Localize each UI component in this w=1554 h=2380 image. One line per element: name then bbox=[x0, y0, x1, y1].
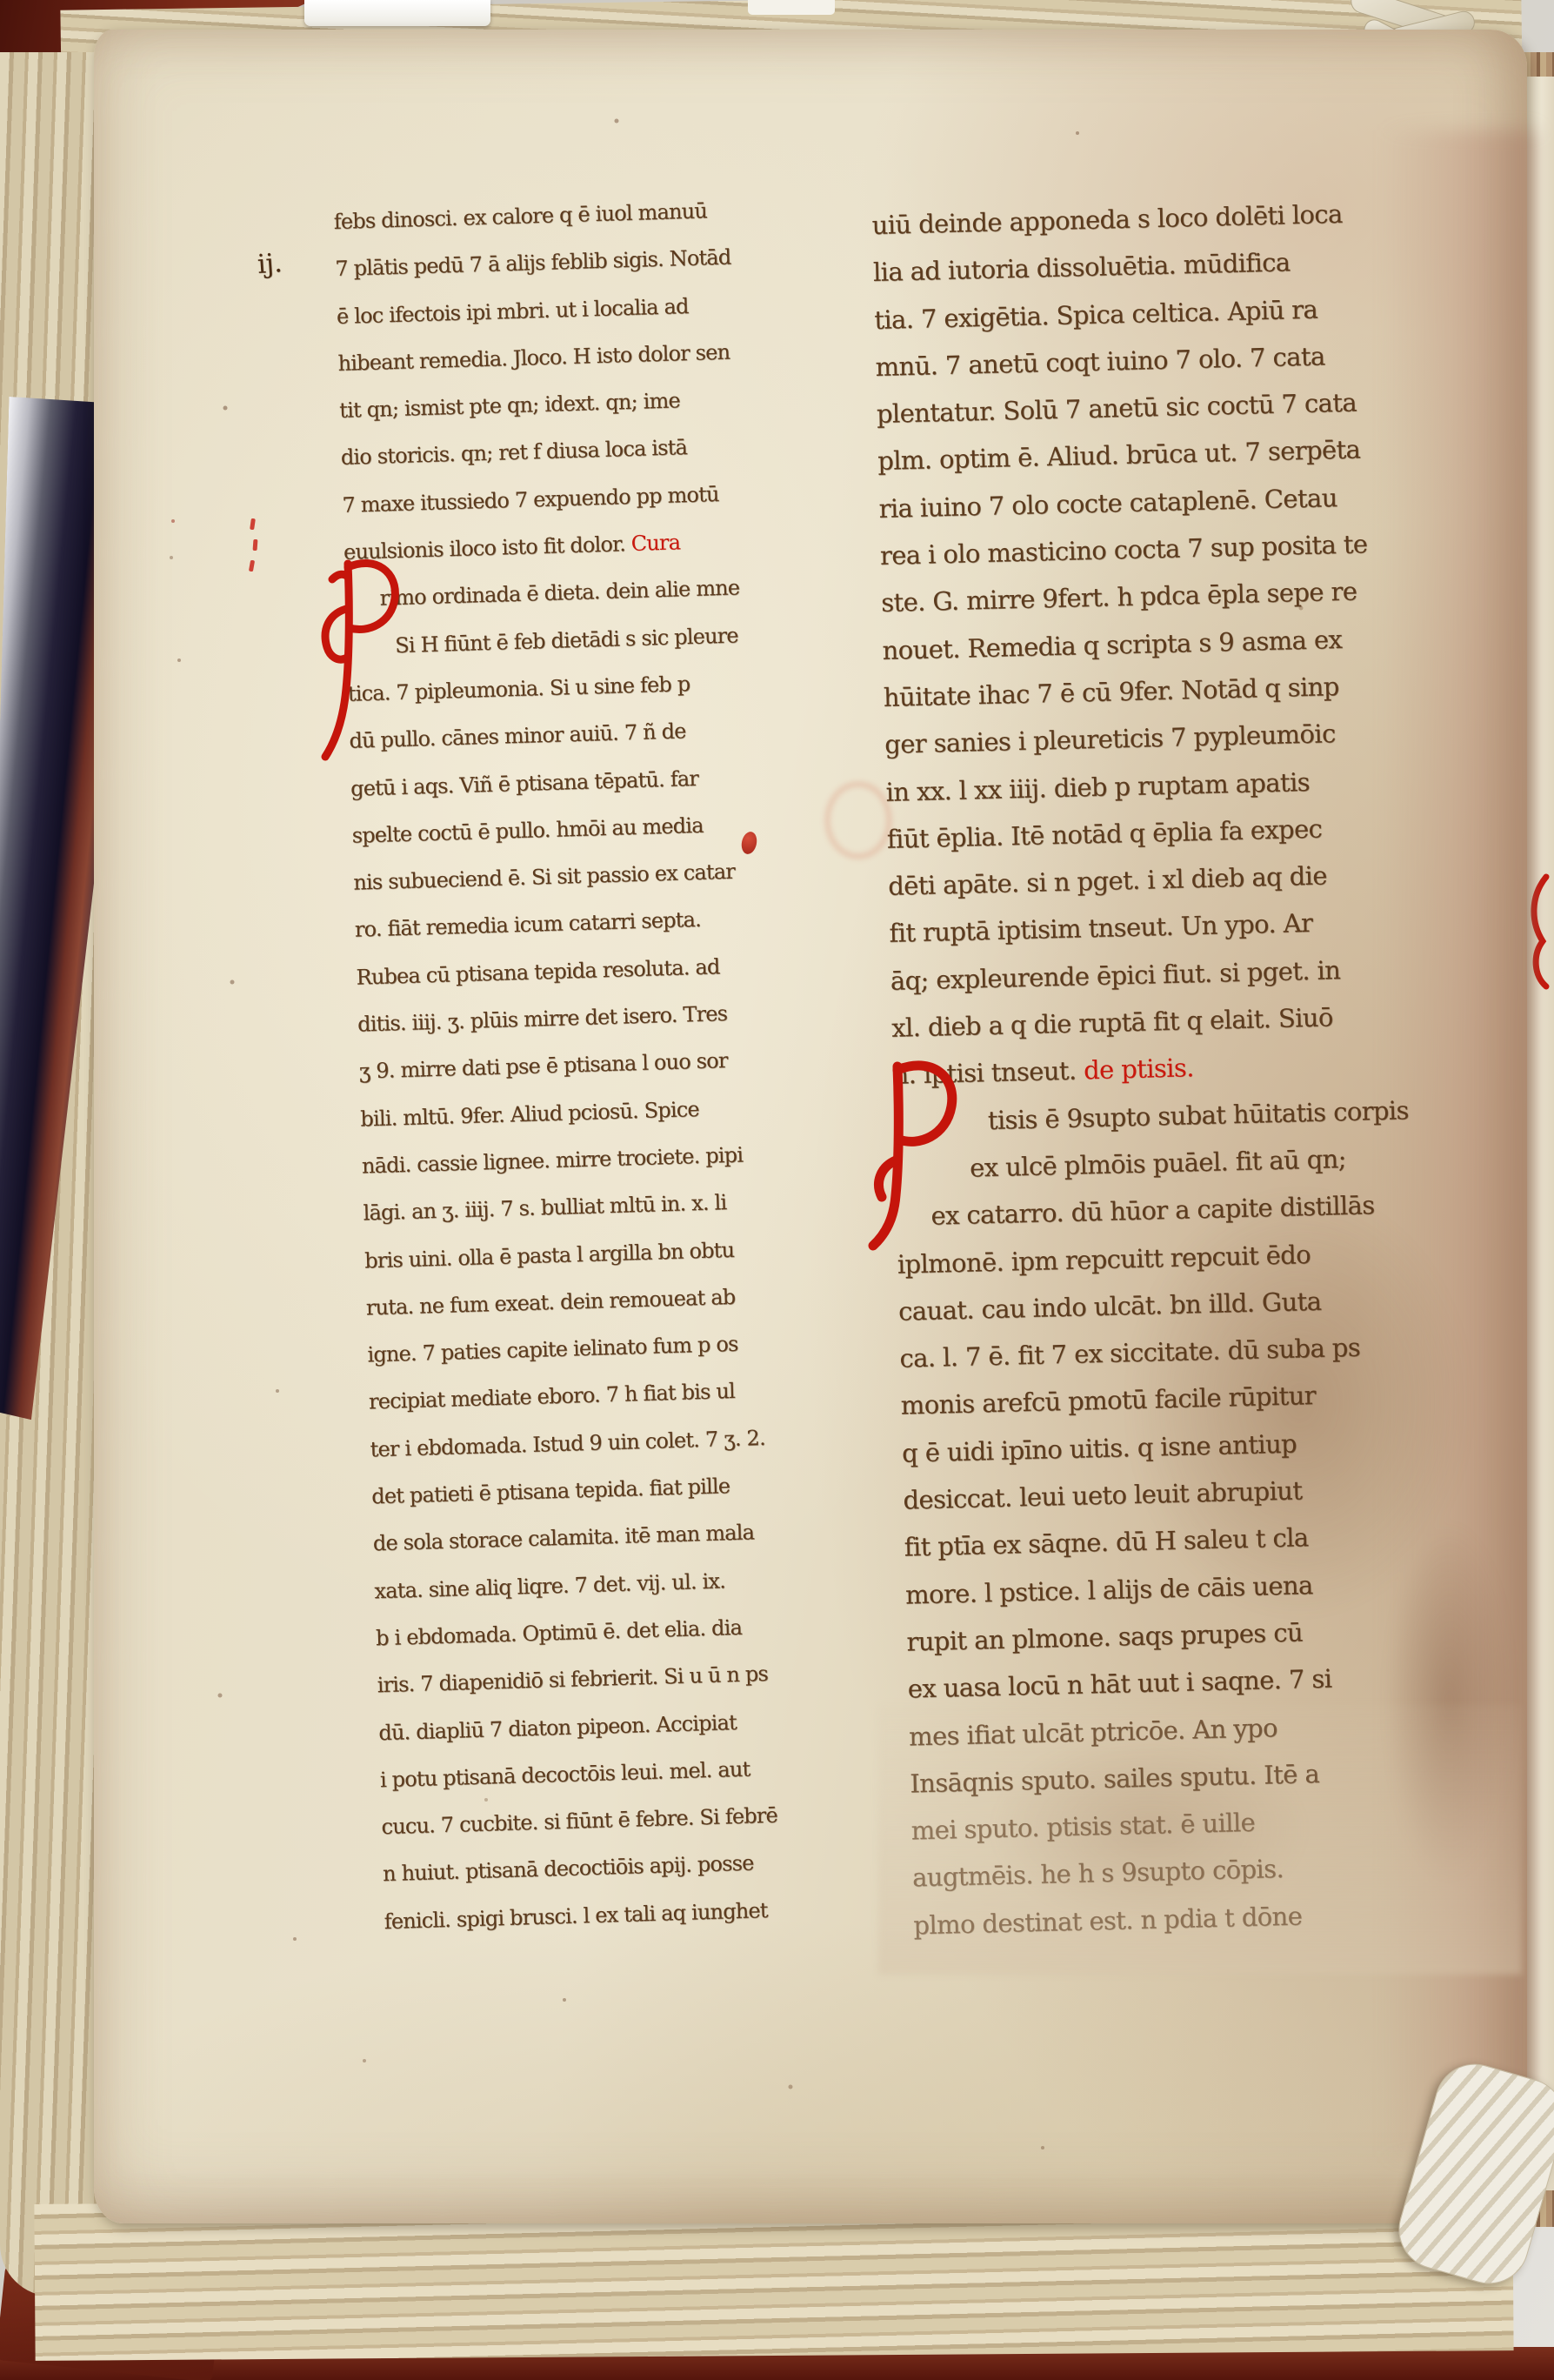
line-text: ger sanies i pleureticis 7 pypleumōic bbox=[884, 719, 1336, 759]
line-text: ca. l. 7 ē. fit 7 ex siccitate. dū suba … bbox=[899, 1333, 1360, 1374]
line-text: ex catarro. dū hūor a capite distillās bbox=[930, 1190, 1375, 1230]
red-initial-P-right: P bbox=[857, 1054, 964, 1256]
line-text: ē loc ifectois ipi mbri. ut i localia ad bbox=[337, 294, 689, 329]
line-text: cucu. 7 cucbite. si fiūnt ē febre. Si fe… bbox=[381, 1803, 777, 1840]
line-text: bris uini. olla ē pasta l argilla bn obt… bbox=[364, 1237, 735, 1273]
line-text: fenicli. spigi brusci. l ex tali aq iung… bbox=[383, 1898, 768, 1934]
line-text: cauat. cau indo ulcāt. bn illd. Guta bbox=[898, 1287, 1322, 1327]
line-text: desiccat. leui ueto leuit abrupiut bbox=[903, 1475, 1303, 1514]
line-text: xl. dieb a q die ruptā fit q elait. Siuō bbox=[891, 1002, 1333, 1042]
line-text: ʒ 9. mirre dati pse ē ptisana l ouo sor bbox=[358, 1048, 728, 1084]
line-text: plm. optim ē. Aliud. brūca ut. 7 serpēta bbox=[877, 435, 1361, 477]
line-text: more. l pstice. l alijs de cāis uena bbox=[905, 1570, 1313, 1609]
line-text: fit ruptā iptisim tnseut. Un ypo. Ar bbox=[889, 908, 1312, 948]
rubric-text: Cura bbox=[630, 530, 680, 556]
line-text: febs dinosci. ex calore q ē iuol manuū bbox=[333, 198, 707, 234]
line-text: 7 plātis pedū 7 ā alijs feblib sigis. No… bbox=[335, 245, 731, 281]
line-text: lāgi. an ʒ. iiij. 7 s. bulliat mltū in. … bbox=[363, 1190, 726, 1225]
line-text: n huiut. ptisanā decoctiōis apij. posse bbox=[383, 1851, 754, 1887]
line-text: mei sputo. ptisis stat. ē uille bbox=[910, 1808, 1255, 1846]
line-text: i potu ptisanā decoctōis leui. mel. aut bbox=[380, 1756, 750, 1792]
line-text: igne. 7 paties capite ielinato fum p os bbox=[367, 1332, 738, 1367]
line-text: tit qn; ismist pte qn; idext. qn; ime bbox=[339, 388, 680, 423]
line-text: rimo ordinada ē dieta. dein alie mne bbox=[379, 576, 739, 611]
line-text: ste. G. mirre 9fert. h pdca ēpla sepe re bbox=[881, 577, 1357, 618]
line-text: nouet. Remedia q scripta s 9 asma ex bbox=[882, 625, 1342, 665]
white-bookmark-card bbox=[304, 0, 490, 26]
line-text: Insāqnis sputo. sailes sputu. Itē a bbox=[910, 1759, 1319, 1798]
line-text: dēti apāte. si n pget. i xl dieb aq die bbox=[888, 861, 1327, 901]
line-text: monis arefcū pmotū facile rūpitur bbox=[900, 1381, 1316, 1421]
manuscript-photo: ij. febs dinosci. ex calore q ē iuol man… bbox=[0, 0, 1554, 2380]
margin-gloss: ij. bbox=[257, 248, 283, 280]
line-text: Si H fiūnt ē feb dietādi s sic pleure bbox=[395, 623, 738, 658]
line-text: plentatur. Solū 7 anetū sic coctū 7 cata bbox=[877, 388, 1357, 429]
line-text: mnū. 7 anetū coqt iuino 7 olo. 7 cata bbox=[875, 341, 1325, 382]
line-text: fit ptīa ex sāqne. dū H saleu t cla bbox=[904, 1523, 1308, 1562]
red-initial-P-left: P bbox=[313, 548, 410, 793]
line-text: tisis ē 9supto subat hūitatis corpis bbox=[987, 1095, 1409, 1135]
line-text: ditis. iiij. ʒ. plūis mirre det isero. T… bbox=[357, 1001, 728, 1037]
line-text: de sola storace calamita. itē man mala bbox=[372, 1521, 754, 1556]
line-text: recipiat mediate eboro. 7 h fiat bis ul bbox=[369, 1379, 736, 1414]
line-text: mes ifiat ulcāt ptricōe. An ypo bbox=[909, 1713, 1278, 1751]
line-text: lia ad iutoria dissoluētia. mūdifica bbox=[873, 248, 1291, 288]
line-text: nis subueciend ē. Si sit passio ex catar bbox=[353, 859, 735, 895]
line-text: uiū deinde apponeda s loco dolēti loca bbox=[871, 199, 1343, 240]
line-text: hibeant remedia. Jloco. H isto dolor sen bbox=[337, 339, 730, 375]
line-text: dū. diapliū 7 diaton pipeon. Accipiat bbox=[378, 1710, 737, 1745]
red-margin-tick bbox=[253, 539, 258, 551]
line-text: hūitate ihac 7 ē cū 9fer. Notād q sinp bbox=[884, 672, 1340, 712]
text-column-right: uiū deinde apponeda s loco dolēti locali… bbox=[871, 188, 1488, 1949]
line-text: in xx. l xx iiij. dieb p ruptam apatis bbox=[885, 766, 1310, 806]
line-text: b i ebdomada. Optimū ē. det elia. dia bbox=[376, 1615, 743, 1650]
line-text: nādi. cassie lignee. mirre trociete. pip… bbox=[362, 1142, 744, 1178]
line-text: spelte coctū ē pullo. hmōi au media bbox=[351, 813, 704, 848]
next-page-red-flourish bbox=[1525, 872, 1553, 999]
line-text: xata. sine aliq liqre. 7 det. vij. ul. i… bbox=[374, 1568, 725, 1603]
line-text: bili. mltū. 9fer. Aliud pciosū. Spice bbox=[360, 1097, 699, 1132]
line-text: iris. 7 diapenidiō si febrierit. Si u ū … bbox=[377, 1661, 768, 1697]
line-text: dio storicis. qn; ret f diusa loca istā bbox=[340, 436, 687, 471]
line-text: ex uasa locū n hāt uut i saqne. 7 si bbox=[907, 1664, 1331, 1704]
line-text: 7 maxe itussiedo 7 expuendo pp motū bbox=[342, 482, 719, 518]
white-bookmark-card-small bbox=[748, 0, 835, 15]
line-text: rupit an plmone. saqs prupes cū bbox=[906, 1617, 1303, 1656]
line-text: ro. fiāt remedia icum catarri septa. bbox=[355, 907, 702, 942]
line-text: det patieti ē ptisana tepida. fiat pille bbox=[371, 1474, 730, 1508]
line-text: fiūt ēplia. Itē notād q ēplia fa expec bbox=[886, 813, 1322, 853]
ink-speckles bbox=[0, 0, 2, 2]
line-text: ruta. ne fum exeat. dein remoueat ab bbox=[365, 1285, 735, 1320]
line-text: āq; expleurende ēpici fiut. si pget. in bbox=[890, 955, 1340, 996]
line-text: rea i olo masticino cocta 7 sup posita t… bbox=[880, 529, 1368, 571]
line-text: ex ulcē plmōis puāel. fit aū qn; bbox=[970, 1144, 1346, 1183]
line-text: ter i ebdomada. Istud 9 uin colet. 7 ʒ. … bbox=[370, 1426, 765, 1461]
line-text: plmo destinat est. n pdia t dōne bbox=[913, 1901, 1303, 1940]
line-text: augtmēis. he h s 9supto cōpis. bbox=[912, 1854, 1284, 1892]
line-text: q ē uidi ipīno uitis. q isne antiup bbox=[902, 1428, 1297, 1467]
line-text: Rubea cū ptisana tepida resoluta. ad bbox=[356, 954, 720, 989]
line-text: tia. 7 exigētia. Spica celtica. Apiū ra bbox=[874, 294, 1318, 334]
text-column-left: febs dinosci. ex calore q ē iuol manuū7 … bbox=[333, 186, 802, 1945]
rubric-text: de ptisis. bbox=[1084, 1053, 1194, 1086]
line-text: ria iuino 7 olo cocte cataplenē. Cetau bbox=[878, 483, 1337, 524]
